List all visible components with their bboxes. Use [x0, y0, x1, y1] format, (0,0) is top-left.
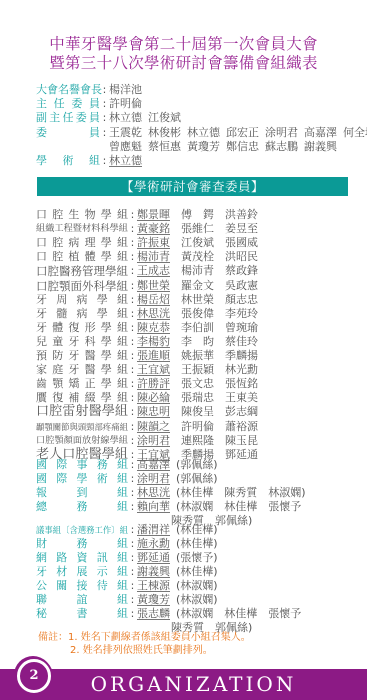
member-name: 洪善鈴 — [225, 208, 269, 222]
convener-name: 潘渭祥 — [137, 523, 170, 536]
review-row: 牙周病學組:楊岳炤林世榮顏志忠 — [36, 293, 269, 307]
assistant-names: (張懷予) — [176, 551, 218, 564]
colon: : — [128, 293, 137, 307]
colon: : — [128, 458, 137, 472]
member-name: 蔡佳玲 — [225, 335, 269, 349]
staff-row: 網路資訊組:鄧延通(張懷予) — [36, 551, 224, 565]
group-label: 國際事務組 — [36, 458, 128, 472]
group-label: 顳顎關節與頭頸部疼痛組 — [36, 420, 128, 434]
member-name: 鄧延通 — [225, 448, 269, 462]
staff-names: 黃瓊芳(林淑嫻) — [137, 593, 224, 607]
convener-name: 陳忠明 — [137, 405, 181, 419]
member-name: 張維仁 — [181, 222, 225, 236]
review-row: 預防牙醫學組:張進順姚振華季麟揚 — [36, 349, 269, 363]
person-name: 曾應魁 — [109, 140, 142, 153]
convener-name: 高嘉澤 — [137, 458, 170, 471]
convener-name: 林思洸 — [137, 486, 170, 499]
staff-names: 張志麟(林淑嫻 林佳樺 張懷予 — [137, 607, 307, 621]
group-label: 牙體復形學組 — [36, 321, 128, 335]
convener-name: 楊沛青 — [137, 250, 181, 264]
colon: : — [128, 363, 137, 377]
colon: : — [128, 377, 137, 391]
convener-name: 張進順 — [137, 349, 181, 363]
assistant-names: (林淑嫻) — [176, 593, 218, 606]
colon: : — [128, 500, 137, 514]
staff-row: 國際學術組:涂明君(郭佩絲) — [36, 472, 224, 486]
member-name: 彭志綱 — [225, 405, 269, 419]
colon: : — [128, 405, 137, 419]
group-label: 秘書組 — [36, 607, 128, 621]
review-names: 鄭景暉傅 鍔洪善鈴 — [137, 208, 269, 222]
member-name: 陳俊呈 — [181, 405, 225, 419]
member-name: 張恆銘 — [225, 377, 269, 391]
review-row: 口腔植體學組:楊沛青黃茂栓洪昭民 — [36, 250, 269, 264]
person-name: 林立德 — [109, 111, 142, 124]
convener-name: 鄭世榮 — [137, 279, 181, 293]
group-label: 口腔病理學組 — [36, 236, 128, 250]
member-name: 張國威 — [225, 236, 269, 250]
review-row: 口腔生物學組:鄭景暉傅 鍔洪善鈴 — [36, 208, 269, 222]
member-name: 李伯訓 — [181, 321, 225, 335]
staff-names: 王棟源(林淑嫻) — [137, 579, 224, 593]
colon: : — [128, 264, 137, 278]
assistant-names: 陳秀質 郭佩絲) — [171, 621, 252, 635]
committee-row: 委員:王震乾林俊彬林立德邱宏正涂明君高嘉澤何全城 — [36, 126, 367, 140]
member-name: 姜昱至 — [225, 222, 269, 236]
group-label: 副主任委員 — [36, 111, 100, 125]
group-label: 公關接待組 — [36, 579, 128, 593]
assistant-names: (林淑嫻 林佳樺 張懷予 — [176, 500, 301, 513]
colon: : — [100, 126, 109, 140]
group-label: 口腔顎顏面放射線學組 — [36, 434, 128, 448]
colon: : — [128, 537, 137, 551]
committee-names: 楊洋池 — [109, 83, 148, 97]
colon: : — [100, 111, 109, 125]
colon: : — [128, 607, 137, 621]
assistant-names: (林佳樺) — [176, 565, 218, 578]
page-title-line1: 中華牙醫學會第二十屆第一次會員大會 — [0, 34, 367, 54]
assistant-names: (林淑嫻) — [176, 579, 218, 592]
convener-name: 涂明君 — [137, 434, 181, 448]
staff-row: 聯誼組:黃瓊芳(林淑嫻) — [36, 593, 224, 607]
convener-name: 楊岳炤 — [137, 293, 181, 307]
staff-row: 公關接待組:王棟源(林淑嫻) — [36, 579, 224, 593]
review-names: 陳克恭李伯訓曾琬瑜 — [137, 321, 269, 335]
member-name: 吳政憲 — [225, 279, 269, 293]
member-name: 羅金文 — [181, 279, 225, 293]
assistant-names: (林佳樺) — [176, 523, 218, 536]
group-label: 委員 — [36, 126, 100, 140]
staff-names: 賴向華(林淑嫻 林佳樺 張懷予 — [137, 500, 307, 514]
review-names: 許勝評張文忠張恆銘 — [137, 377, 269, 391]
colon: : — [128, 486, 137, 500]
member-name: 張俊偉 — [181, 307, 225, 321]
group-label: 齒顎矯正學組 — [36, 377, 128, 391]
group-label: 國際學術組 — [36, 472, 128, 486]
assistant-names: (林佳樺 陳秀質 林淑嫻) — [176, 486, 306, 499]
member-name: 林光勳 — [225, 363, 269, 377]
convener-name: 涂明君 — [137, 472, 170, 485]
staff-row: 牙材展示組:謝義興(林佳樺) — [36, 565, 224, 579]
person-name: 許明倫 — [109, 97, 142, 110]
colon: : — [100, 83, 109, 97]
staff-names: 謝義興(林佳樺) — [137, 565, 224, 579]
convener-name: 施永勳 — [137, 537, 170, 550]
committee-names: 曾應魁蔡恒惠黃瓊芳鄭信忠蘇志鵬謝義興 — [109, 140, 343, 154]
member-name: 傅 鍔 — [181, 208, 225, 222]
review-row: 口腔雷射醫學組:陳忠明陳俊呈彭志綱 — [36, 405, 269, 419]
review-names: 林思洸張俊偉李苑玲 — [137, 307, 269, 321]
review-names: 楊沛青黃茂栓洪昭民 — [137, 250, 269, 264]
member-name: 張瑞忠 — [181, 391, 225, 405]
committee-names: 林立德江俊斌 — [109, 111, 187, 125]
convener-name: 林思洸 — [137, 307, 181, 321]
convener-name: 陳必綸 — [137, 391, 181, 405]
group-label: 預防牙醫學組 — [36, 349, 128, 363]
member-name: 江俊斌 — [181, 236, 225, 250]
person-name: 王震乾 — [109, 126, 142, 139]
colon: : — [100, 97, 109, 111]
person-name: 楊洋池 — [109, 83, 142, 96]
review-names: 張進順姚振華季麟揚 — [137, 349, 269, 363]
review-names: 李楊豹李 昀蔡佳玲 — [137, 335, 269, 349]
convener-name: 陳韻之 — [137, 420, 181, 434]
group-label: 口腔植體學組 — [36, 250, 128, 264]
colon: : — [128, 335, 137, 349]
group-label: 議事組〔含選務工作〕組 — [36, 523, 128, 537]
group-label: 聯誼組 — [36, 593, 128, 607]
person-name: 江俊斌 — [148, 111, 181, 124]
review-row: 口腔病理學組:許振東江俊斌張國威 — [36, 236, 269, 250]
convener-name: 王棟源 — [137, 579, 170, 592]
staff-row: 議事組〔含選務工作〕組:潘渭祥(林佳樺) — [36, 523, 224, 537]
assistant-names: (林佳樺) — [176, 537, 218, 550]
colon: : — [128, 579, 137, 593]
colon: : — [100, 154, 109, 168]
group-label: 口腔醫務管理學組 — [36, 264, 128, 278]
convener-name: 鄭景暉 — [137, 208, 181, 222]
review-names: 陳韻之許明倫蕭裕源 — [137, 420, 269, 434]
member-name: 曾琬瑜 — [225, 321, 269, 335]
review-row: 家庭牙醫學組:王宜斌王振穎林光勳 — [36, 363, 269, 377]
person-name: 林立德 — [187, 126, 220, 139]
review-row: 口腔顎顏面放射線學組:涂明君連熙隆陳玉昆 — [36, 434, 269, 448]
member-name: 季麟揚 — [225, 349, 269, 363]
colon: : — [128, 472, 137, 486]
group-label: 主任委員 — [36, 97, 100, 111]
review-row: 口腔醫務管理學組:王成志楊沛青蔡政鋒 — [36, 264, 269, 278]
convener-name: 陳克恭 — [137, 321, 181, 335]
review-row: 組織工程暨材料科學組:黃豪銘張維仁姜昱至 — [36, 222, 269, 236]
review-committee-banner: 【學術研討會審查委員】 — [37, 177, 348, 196]
review-names: 許振東江俊斌張國威 — [137, 236, 269, 250]
group-label: 口腔生物學組 — [36, 208, 128, 222]
colon: : — [128, 593, 137, 607]
page-title-line2: 暨第三十八次學術研討會籌備會組織表 — [0, 53, 367, 73]
member-name: 連熙隆 — [181, 434, 225, 448]
review-row: 齒顎矯正學組:許勝評張文忠張恆銘 — [36, 377, 269, 391]
colon: : — [128, 279, 137, 293]
person-name: 鄭信忠 — [226, 140, 259, 153]
staff-row: 秘書組:張志麟(林淑嫻 林佳樺 張懷予 — [36, 607, 307, 621]
convener-name: 黃豪銘 — [137, 222, 181, 236]
member-name: 李 昀 — [181, 335, 225, 349]
staff-row: 報到組:林思洸(林佳樺 陳秀質 林淑嫻) — [36, 486, 312, 500]
staff-row: 國際事務組:高嘉澤(郭佩絲) — [36, 458, 224, 472]
convener-name: 許振東 — [137, 236, 181, 250]
convener-name: 王成志 — [137, 264, 181, 278]
assistant-names: (郭佩絲) — [176, 472, 218, 485]
review-names: 陳忠明陳俊呈彭志綱 — [137, 405, 269, 419]
group-label: 兒童牙科學組 — [36, 335, 128, 349]
committee-row: 大會名譽會長:楊洋池 — [36, 83, 148, 97]
person-name: 邱宏正 — [226, 126, 259, 139]
member-name: 顏志忠 — [225, 293, 269, 307]
colon: : — [128, 391, 137, 405]
review-names: 王宜斌王振穎林光勳 — [137, 363, 269, 377]
member-name: 王振穎 — [181, 363, 225, 377]
committee-row: 副主任委員:林立德江俊斌 — [36, 111, 187, 125]
person-name: 涂明君 — [265, 126, 298, 139]
group-label: 網路資訊組 — [36, 551, 128, 565]
member-name: 張文忠 — [181, 377, 225, 391]
group-label: 總務組 — [36, 500, 128, 514]
colon: : — [128, 420, 137, 434]
colon: : — [128, 222, 137, 236]
staff-row: 總務組:賴向華(林淑嫻 林佳樺 張懷予 — [36, 500, 307, 514]
staff-names: 林思洸(林佳樺 陳秀質 林淑嫻) — [137, 486, 312, 500]
review-names: 陳必綸張瑞忠王東美 — [137, 391, 269, 405]
convener-name: 李楊豹 — [137, 335, 181, 349]
review-names: 黃豪銘張維仁姜昱至 — [137, 222, 269, 236]
page-number-badge: 2 — [17, 659, 51, 693]
committee-names: 林立德 — [109, 154, 148, 168]
person-name: 林俊彬 — [148, 126, 181, 139]
group-label: 口腔顎面外科學組 — [36, 279, 128, 293]
member-name: 姚振華 — [181, 349, 225, 363]
colon: : — [128, 523, 137, 537]
group-label: 牙周病學組 — [36, 293, 128, 307]
staff-names: 施永勳(林佳樺) — [137, 537, 224, 551]
staff-row: 財務組:施永勳(林佳樺) — [36, 537, 224, 551]
staff-names: 潘渭祥(林佳樺) — [137, 523, 224, 537]
review-names: 鄭世榮羅金文吳政憲 — [137, 279, 269, 293]
review-names: 涂明君連熙隆陳玉昆 — [137, 434, 269, 448]
convener-name: 賴向華 — [137, 500, 170, 513]
member-name: 蕭裕源 — [225, 420, 269, 434]
group-label: 報到組 — [36, 486, 128, 500]
assistant-names: (林淑嫻 林佳樺 張懷予 — [176, 607, 301, 620]
review-row: 牙體復形學組:陳克恭李伯訓曾琬瑜 — [36, 321, 269, 335]
committee-row: 學術組:林立德 — [36, 154, 148, 168]
convener-name: 黃瓊芳 — [137, 593, 170, 606]
colon: : — [128, 349, 137, 363]
staff-names: 鄧延通(張懷予) — [137, 551, 224, 565]
review-row: 牙髓病學組:林思洸張俊偉李苑玲 — [36, 307, 269, 321]
colon: : — [128, 321, 137, 335]
member-name: 李苑玲 — [225, 307, 269, 321]
review-names: 王成志楊沛青蔡政鋒 — [137, 264, 269, 278]
member-name: 許明倫 — [181, 420, 225, 434]
member-name: 洪昭民 — [225, 250, 269, 264]
colon: : — [128, 434, 137, 448]
person-name: 黃瓊芳 — [187, 140, 220, 153]
group-label: 牙髓病學組 — [36, 307, 128, 321]
colon: : — [128, 236, 137, 250]
person-name: 何全城 — [343, 126, 367, 139]
review-row: 口腔顎面外科學組:鄭世榮羅金文吳政憲 — [36, 279, 269, 293]
footer-bar: ORGANIZATION — [0, 669, 367, 700]
convener-name: 許勝評 — [137, 377, 181, 391]
convener-name: 王宜斌 — [137, 363, 181, 377]
staff-names: 高嘉澤(郭佩絲) — [137, 458, 224, 472]
group-label: 財務組 — [36, 537, 128, 551]
colon: : — [128, 551, 137, 565]
group-label: 家庭牙醫學組 — [36, 363, 128, 377]
person-name: 林立德 — [109, 154, 142, 167]
review-row: 兒童牙科學組:李楊豹李 昀蔡佳玲 — [36, 335, 269, 349]
colon: : — [128, 208, 137, 222]
note-line2: 2. 姓名排列依照姓氏筆劃排列。 — [70, 644, 213, 657]
review-names: 楊岳炤林世榮顏志忠 — [137, 293, 269, 307]
colon: : — [128, 307, 137, 321]
staff-row-cont: 陳秀質 郭佩絲) — [171, 621, 252, 635]
convener-name: 張志麟 — [137, 607, 170, 620]
member-name: 蔡政鋒 — [225, 264, 269, 278]
member-name: 黃茂栓 — [181, 250, 225, 264]
group-label: 口腔雷射醫學組 — [36, 405, 128, 419]
committee-names: 王震乾林俊彬林立德邱宏正涂明君高嘉澤何全城 — [109, 126, 367, 140]
member-name: 楊沛青 — [181, 264, 225, 278]
committee-row-cont: 曾應魁蔡恒惠黃瓊芳鄭信忠蘇志鵬謝義興 — [109, 140, 343, 154]
staff-names: 涂明君(郭佩絲) — [137, 472, 224, 486]
group-label: 牙材展示組 — [36, 565, 128, 579]
group-label: 大會名譽會長 — [36, 83, 100, 97]
convener-name: 鄧延通 — [137, 551, 170, 564]
person-name: 高嘉澤 — [304, 126, 337, 139]
assistant-names: (郭佩絲) — [176, 458, 218, 471]
person-name: 蔡恒惠 — [148, 140, 181, 153]
person-name: 蘇志鵬 — [265, 140, 298, 153]
person-name: 謝義興 — [304, 140, 337, 153]
convener-name: 謝義興 — [137, 565, 170, 578]
colon: : — [128, 565, 137, 579]
member-name: 林世榮 — [181, 293, 225, 307]
group-label: 學術組 — [36, 154, 100, 168]
member-name: 王東美 — [225, 391, 269, 405]
committee-row: 主任委員:許明倫 — [36, 97, 148, 111]
group-label: 組織工程暨材料科學組 — [36, 222, 128, 236]
member-name: 陳玉昆 — [225, 434, 269, 448]
committee-names: 許明倫 — [109, 97, 148, 111]
review-row: 顳顎關節與頭頸部疼痛組:陳韻之許明倫蕭裕源 — [36, 420, 269, 434]
colon: : — [128, 250, 137, 264]
section-title: ORGANIZATION — [0, 669, 367, 700]
